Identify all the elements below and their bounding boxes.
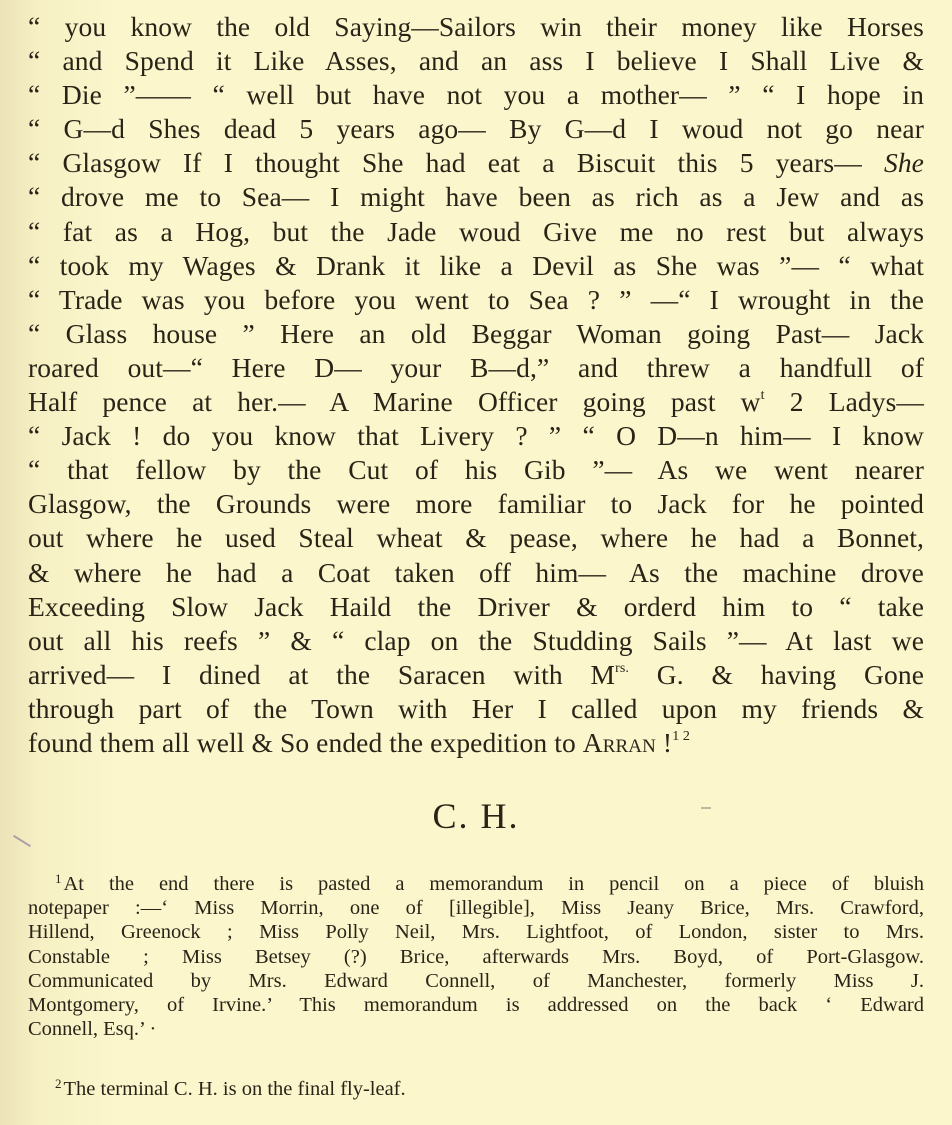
footnote-marker: 1 — [55, 871, 62, 886]
text-line: “ Die ”—— “ well but have not you a moth… — [28, 78, 924, 112]
signature: C. H. — [0, 795, 952, 837]
footnote-1: 1At the end there is pasted a memorandum… — [28, 872, 924, 1041]
footnote-line: 1At the end there is pasted a memorandum… — [28, 872, 924, 896]
ink-mark — [701, 807, 711, 809]
text-line: out all his reefs ” & “ clap on the Stud… — [28, 624, 924, 658]
text-line: roared out—“ Here D— your B—d,” and thre… — [28, 351, 924, 385]
text-line: “ and Spend it Like Asses, and an ass I … — [28, 44, 924, 78]
text-line: “ G—d Shes dead 5 years ago— By G—d I wo… — [28, 112, 924, 146]
text-line: “ Jack ! do you know that Livery ? ” “ O… — [28, 419, 924, 453]
text-line: “ Trade was you before you went to Sea ?… — [28, 283, 924, 317]
book-page: “ you know the old Saying—Sailors win th… — [0, 0, 952, 1125]
footnote-marker: 2 — [55, 1076, 62, 1091]
text-span: At the end there is pasted a memorandum … — [64, 873, 925, 895]
text-span: G. & having Gone — [629, 659, 924, 690]
italic-she: She — [884, 147, 924, 178]
text-span: arrived— I dined at the Saracen with M — [28, 659, 615, 690]
text-span: 2 Ladys— — [765, 386, 924, 417]
text-span: ! — [656, 727, 672, 758]
text-line: “ that fellow by the Cut of his Gib ”— A… — [28, 453, 924, 487]
footnote-line: Montgomery, of Irvine.’ This memorandum … — [28, 993, 924, 1017]
text-line: Glasgow, the Grounds were more familiar … — [28, 487, 924, 521]
text-line: through part of the Town with Her I call… — [28, 692, 924, 726]
text-line: found them all well & So ended the exped… — [28, 726, 924, 760]
text-line: out where he used Steal wheat & pease, w… — [28, 521, 924, 555]
text-span: Half pence at her.— A Marine Officer goi… — [28, 386, 761, 417]
footnote-line: Connell, Esq.’ · — [28, 1017, 924, 1041]
text-line: “ you know the old Saying—Sailors win th… — [28, 10, 924, 44]
footnote-2: 2The terminal C. H. is on the final fly-… — [55, 1078, 406, 1101]
small-caps-arran: Arran — [583, 727, 656, 758]
footnote-text: The terminal C. H. is on the final fly-l… — [64, 1078, 406, 1100]
text-span: found them all well & So ended the exped… — [28, 727, 583, 758]
text-span: “ Glasgow If I thought She had eat a Bis… — [28, 147, 862, 178]
text-line: Exceeding Slow Jack Haild the Driver & o… — [28, 590, 924, 624]
text-line: “ fat as a Hog, but the Jade woud Give m… — [28, 215, 924, 249]
text-line: Half pence at her.— A Marine Officer goi… — [28, 385, 924, 419]
footnote-line: Hillend, Greenock ; Miss Polly Neil, Mrs… — [28, 920, 924, 944]
footnote-line: notepaper :—‘ Miss Morrin, one of [illeg… — [28, 896, 924, 920]
text-line: arrived— I dined at the Saracen with Mrs… — [28, 658, 924, 692]
text-line: “ took my Wages & Drank it like a Devil … — [28, 249, 924, 283]
text-line: “ drove me to Sea— I might have been as … — [28, 180, 924, 214]
footnote-line: Communicated by Mrs. Edward Connell, of … — [28, 969, 924, 993]
superscript: rs. — [615, 661, 629, 676]
footnote-reference: 1 2 — [672, 729, 690, 744]
text-line: “ Glasgow If I thought She had eat a Bis… — [28, 146, 924, 180]
text-line: & where he had a Coat taken off him— As … — [28, 556, 924, 590]
main-text: “ you know the old Saying—Sailors win th… — [28, 10, 924, 760]
text-line: “ Glass house ” Here an old Beggar Woman… — [28, 317, 924, 351]
footnote-line: Constable ; Miss Betsey (?) Brice, after… — [28, 945, 924, 969]
